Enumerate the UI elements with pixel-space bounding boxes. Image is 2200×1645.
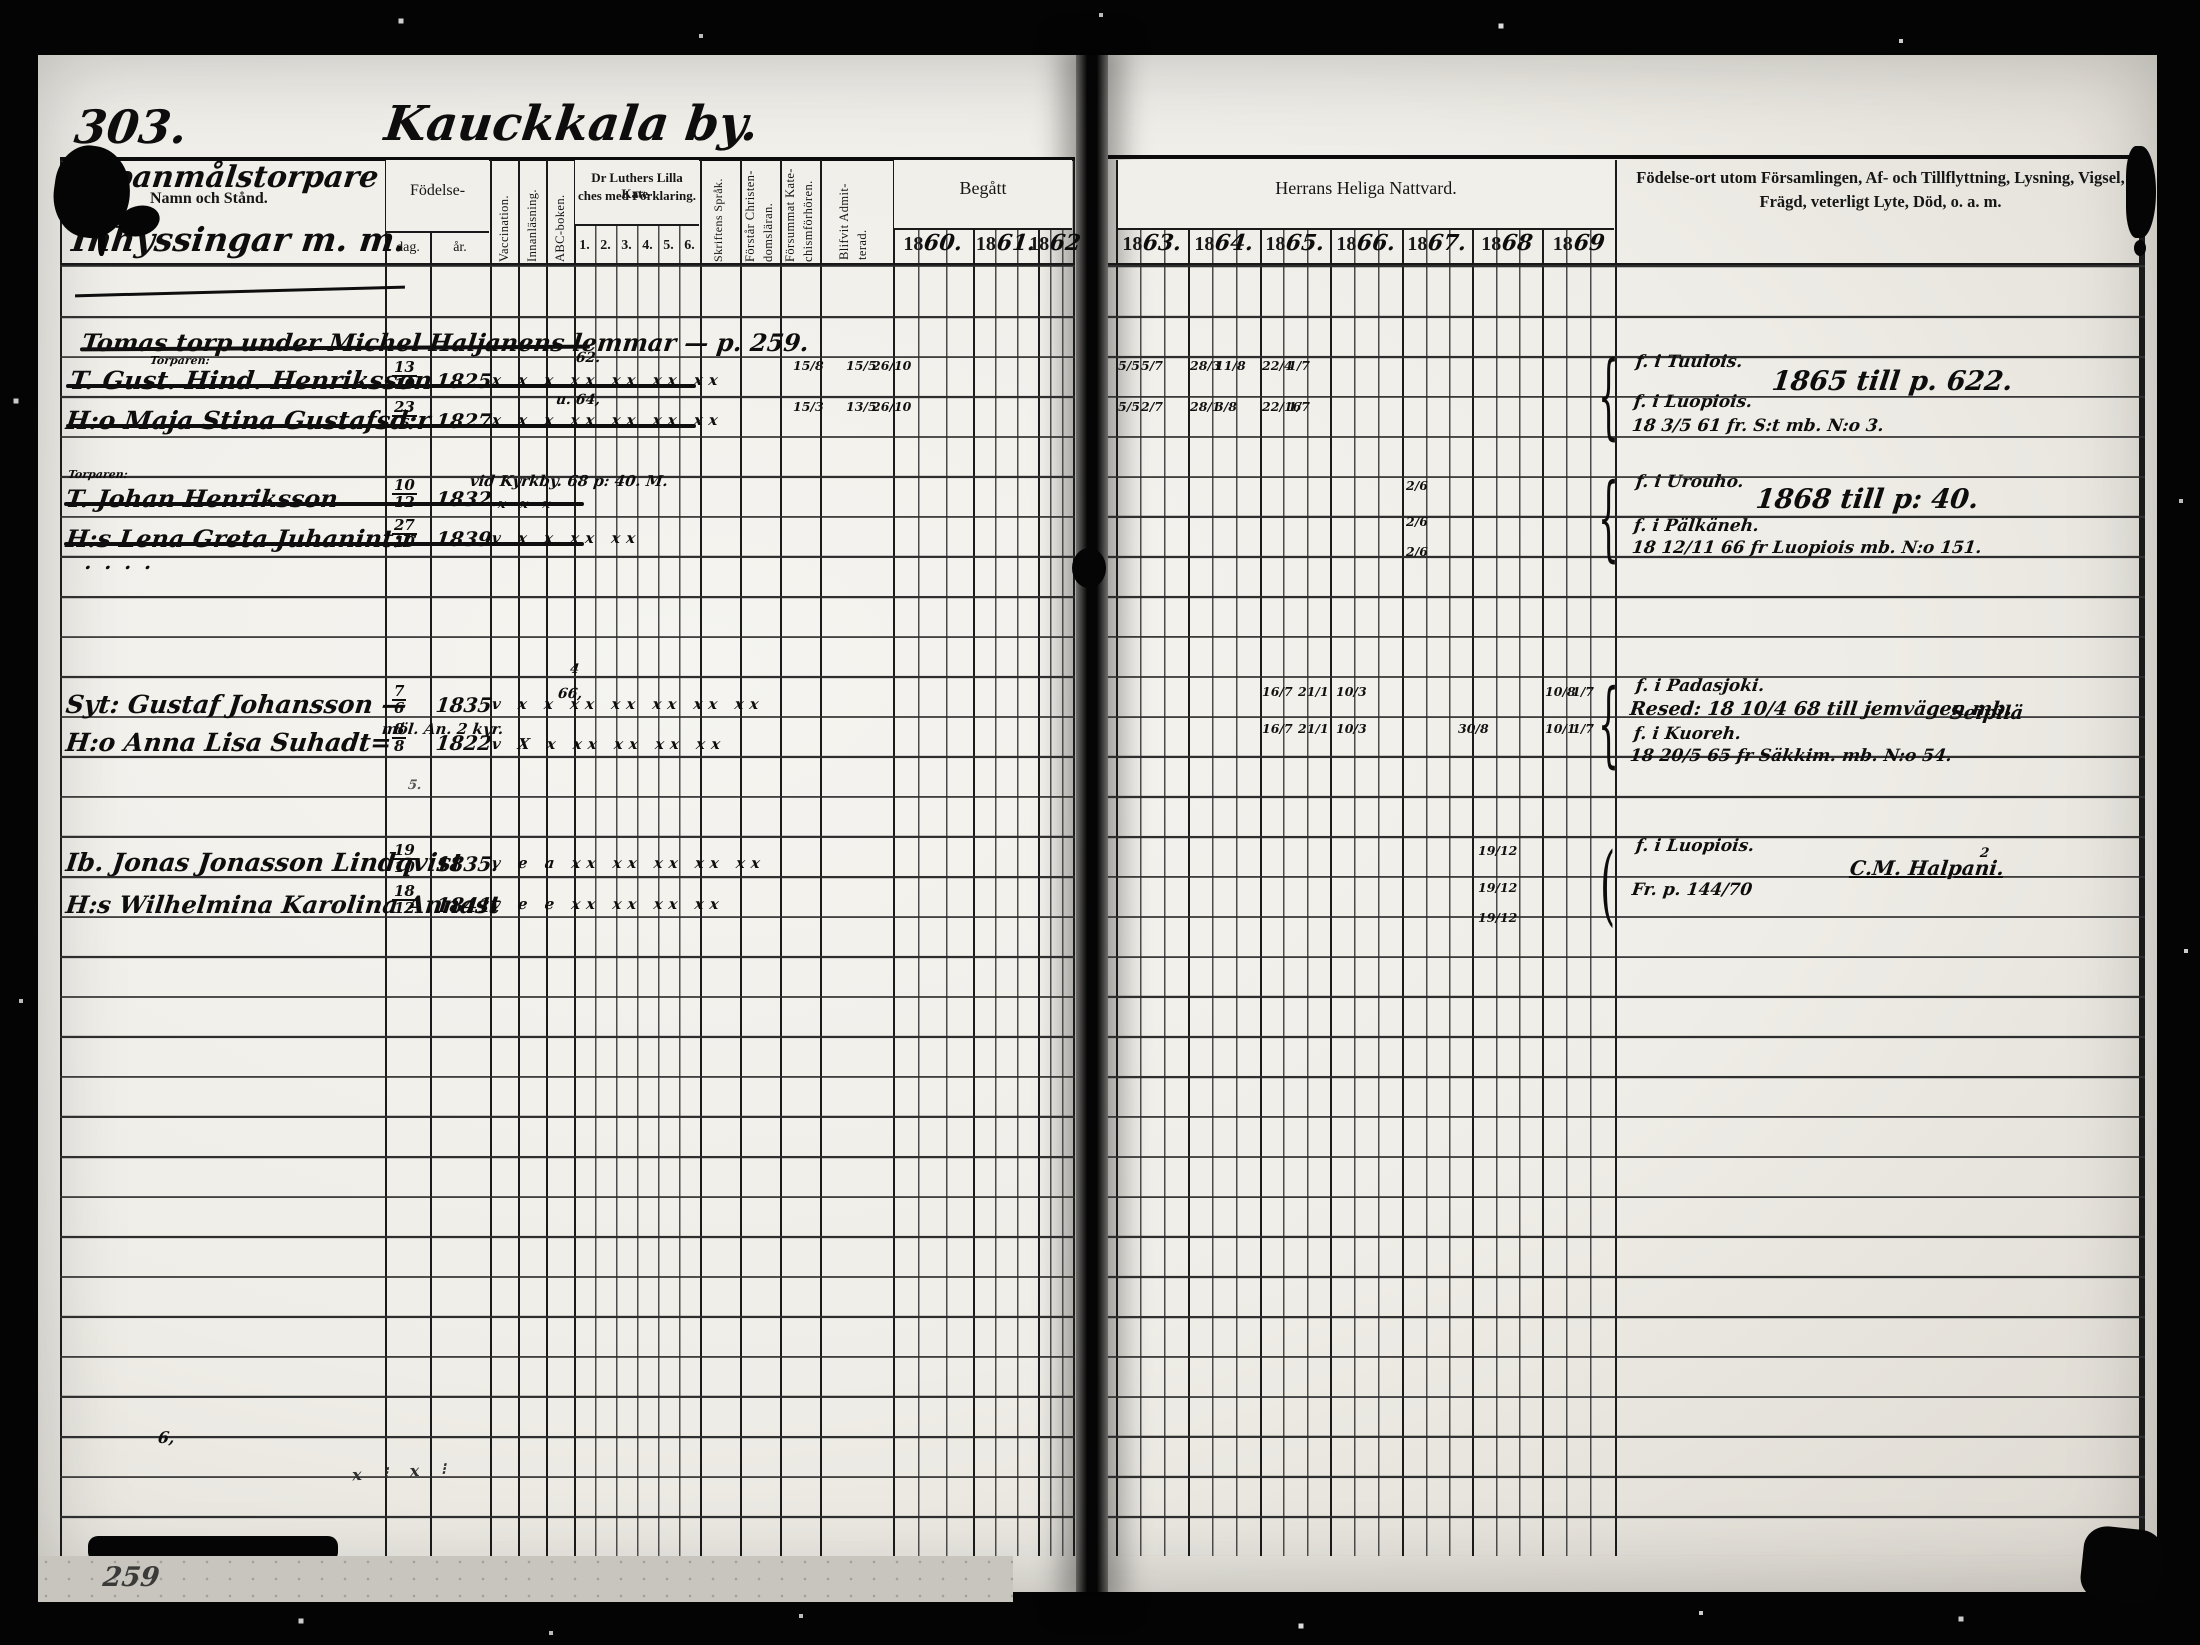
right-table-grid <box>1108 265 2145 1556</box>
margin-note: 18 3/5 61 fr. S:t mb. N:o 3. <box>1631 416 1885 436</box>
communion-mark: 3/8 <box>1215 399 1237 414</box>
communion-mark: 1/7 <box>1288 358 1310 373</box>
kateches-col-2: 2. <box>595 238 616 254</box>
margin-note: 18 12/11 66 fr Luopiois mb. N:o 151. <box>1631 538 1983 558</box>
blifvit-header-line1: Blifvit Admit- <box>838 170 851 260</box>
forstar-header-line1: Förstår Christen- <box>744 164 757 262</box>
reading-marks: x x x xx xx xx xx <box>491 371 725 389</box>
reading-marks: v X x xx xx xx xx <box>491 735 727 753</box>
abc-boken-header: ABC-boken. <box>554 164 567 262</box>
margin-side-note: Seipilä <box>1949 702 2025 724</box>
communion-mark: 19/12 <box>1478 910 1517 925</box>
sprak-note: 66, <box>557 686 583 702</box>
sprak-note: 62. <box>575 350 601 366</box>
year-1860: 1860. <box>893 230 973 256</box>
margin-note: f. i Padasjoki. <box>1635 676 1766 696</box>
village-title: Kauckkala by. <box>382 96 762 152</box>
birth-date: 1812 <box>392 884 417 916</box>
blifvit-header-line2: terad. <box>856 170 869 260</box>
communion-mark: 16/7 <box>1262 721 1293 736</box>
film-speckles <box>0 0 2 2</box>
corner-shadow-blob <box>2078 1524 2165 1606</box>
page-edge-strip <box>38 1556 1013 1602</box>
reading-marks: v x x xx xx xx xx xx <box>491 695 766 713</box>
kateches-col-5: 5. <box>658 238 679 254</box>
forstar-header-line2: domsläran. <box>762 164 775 262</box>
binding-ink-blob <box>1072 548 1106 588</box>
birth-date: 1310 <box>392 360 417 392</box>
entry-name: Syt: Gustaf Johansson — <box>64 690 408 719</box>
name-column-header: Namn och Stånd. <box>150 190 268 208</box>
year-1869: 1869 <box>1542 230 1615 256</box>
kateches-col-1: 1. <box>574 238 595 254</box>
communion-mark: 5/7 <box>1141 358 1163 373</box>
communion-mark: 5/5 <box>1118 358 1140 373</box>
year-1868: 1868 <box>1472 230 1542 256</box>
communion-mark: 19/12 <box>1478 843 1517 858</box>
communion-mark: 2/7 <box>1141 399 1163 414</box>
birth-year: 1825 <box>435 369 494 393</box>
forsummat-header-line2: chismförhören. <box>802 164 815 262</box>
reading-marks: x x x <box>497 497 556 512</box>
faint-mark: 6, <box>157 1428 176 1447</box>
kateches-col-3: 3. <box>616 238 637 254</box>
communion-mark: 2/6 <box>1406 478 1428 493</box>
scanned-parish-register-photo: 303. Kauckkala by. Spanmålstorpare Namn … <box>0 0 2200 1645</box>
entry-name: T. Gust. Hind. Henriksson <box>68 366 434 395</box>
nattvard-header: Herrans Heliga Nattvard. <box>1118 178 1614 199</box>
communion-mark: 11/8 <box>1215 358 1246 373</box>
margin-note: f. i Pälkäneh. <box>1633 516 1760 536</box>
sprak-note: 4 <box>569 662 580 677</box>
margin-note-large: 1868 till p: 40. <box>1754 484 1980 515</box>
sprak-note: u. 64, <box>555 392 601 408</box>
kateches-col-4: 4. <box>637 238 658 254</box>
birth-date: 1910 <box>392 843 417 875</box>
entry-group-headline: Tomas torp under Michel Haljanens lemmar… <box>80 328 810 357</box>
kateches-header-line2: ches med Förklaring. <box>576 188 698 204</box>
communion-mark: 26/10 <box>872 399 911 414</box>
communion-mark: 16/7 <box>1262 684 1293 699</box>
communion-mark: 30/8 <box>1458 721 1489 736</box>
birth-header: Födelse- <box>386 182 489 200</box>
forsummat-header-line1: Försummat Kate- <box>784 164 797 262</box>
birth-year-header: år. <box>430 240 490 256</box>
communion-mark: 1/7 <box>1572 684 1594 699</box>
year-1864: 1864. <box>1188 230 1260 256</box>
inline-note: möl. An. 2 kyr. <box>381 720 505 738</box>
right-table-top-border <box>1108 155 2145 159</box>
ink-blob <box>2134 240 2146 256</box>
communion-mark: 21/1 <box>1298 721 1329 736</box>
communion-mark: 15/3 <box>793 399 824 414</box>
year-1862: 1862 <box>1034 230 1076 256</box>
birth-year: 1827 <box>435 409 494 433</box>
notes-brace: { <box>1598 344 1619 453</box>
communion-mark: 2/6 <box>1406 514 1428 529</box>
communion-mark: 10/3 <box>1336 684 1367 699</box>
year-1867: 1867. <box>1402 230 1472 256</box>
birth-year: 1832. <box>435 487 501 511</box>
begatt-header: Begått <box>894 178 1072 199</box>
entry-name: H:s Lena Greta Juhanint:r <box>64 524 416 553</box>
communion-mark: 10/3 <box>1336 721 1367 736</box>
communion-mark: 26/10 <box>872 358 911 373</box>
communion-mark: 19/12 <box>1478 880 1517 895</box>
reading-marks: x x x xx xx xx xx <box>491 411 725 429</box>
inline-note: vid Kyrkby. 68 p: 40. M. <box>469 472 669 490</box>
notes-brace: { <box>1598 466 1619 575</box>
reading-marks: v e e xx xx xx xx <box>491 895 726 913</box>
row-occupation-label: Torparen: <box>67 468 128 481</box>
kateches-col-6: 6. <box>679 238 700 254</box>
entry-name: H:o Anna Lisa Suhadt= <box>64 728 393 757</box>
margin-note: f. i Luopiois. <box>1633 392 1754 412</box>
notes-brace: { <box>1598 672 1619 781</box>
birth-date: 236 <box>392 400 417 432</box>
margin-note: f. i Luopiois. <box>1635 836 1756 856</box>
skriftens-sprak-header: Skriftens Språk. <box>712 160 725 262</box>
birth-year: 1841. <box>435 893 501 917</box>
birth-day-header: dag. <box>386 240 430 256</box>
communion-mark: 5/5 <box>1118 399 1140 414</box>
innanlasning-header: Innanläsning. <box>526 164 539 262</box>
margin-note: f. i Urouho. <box>1635 472 1745 492</box>
communion-mark: 1/7 <box>1572 721 1594 736</box>
communion-mark: 15/8 <box>793 358 824 373</box>
reading-marks: v x x xx xx <box>491 529 642 547</box>
pencil-page-note: 259 <box>101 1562 161 1593</box>
communion-mark: 21/1 <box>1298 684 1329 699</box>
book-binding <box>1076 55 1108 1592</box>
entry-name: H:o Maja Stina Gustafsd:r <box>64 406 432 435</box>
reading-marks: v e a xx xx xx xx xx <box>491 854 767 872</box>
margin-note: Fr. p. 144/70 <box>1631 880 1754 900</box>
birth-year: 1835. <box>435 852 501 876</box>
year-1865: 1865. <box>1260 230 1330 256</box>
entry-name: T. Johan Henriksson <box>64 484 339 513</box>
communion-mark: 2/6 <box>1406 544 1428 559</box>
year-1866: 1866. <box>1330 230 1402 256</box>
birth-date: 2710 <box>392 518 417 550</box>
vaccination-header: Vaccination. <box>498 164 511 262</box>
notes-header-line1: Födelse-ort utom Församlingen, Af- och T… <box>1628 168 2133 188</box>
ink-drip <box>98 230 105 256</box>
birth-year: 1835 <box>435 693 494 717</box>
ink-blob <box>2126 146 2156 238</box>
faint-scribble: 5. <box>407 778 422 793</box>
communion-mark: 1/7 <box>1288 399 1310 414</box>
year-1863: 1863. <box>1116 230 1188 256</box>
notes-paren: ( <box>1600 836 1615 938</box>
birth-date: 1012 <box>392 478 417 510</box>
margin-note: 18 20/5 65 fr Säkkim. mb. N:o 54. <box>1629 746 1953 766</box>
signature-superscript: 2 <box>1979 846 1990 861</box>
birth-date: 76 <box>392 684 406 716</box>
margin-note: f. i Kuoreh. <box>1633 724 1743 744</box>
birth-year: 1839 <box>435 527 494 551</box>
margin-note-large: 1865 till p. 622. <box>1770 366 2014 397</box>
margin-note: f. i Tuulois. <box>1635 352 1744 372</box>
dotted-mark: . . . . <box>84 550 157 574</box>
notes-header-line2: Frägd, veterligt Lyte, Död, o. a. m. <box>1628 192 2133 212</box>
